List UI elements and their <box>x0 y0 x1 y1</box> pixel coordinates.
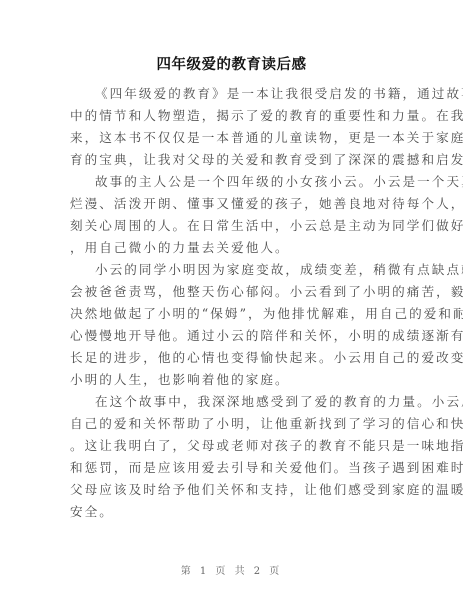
text-line: 自己的爱和关怀帮助了小明，让他重新找到了学习的信心和快乐 <box>70 413 386 435</box>
text-line: 和惩罚，而是应该用爱去引导和关爱他们。当孩子遇到困难时， <box>70 457 386 479</box>
text-line: 来，这本书不仅仅是一本普通的儿童读物，更是一本关于家庭教 <box>70 127 386 149</box>
text-line: 在这个故事中，我深深地感受到了爱的教育的力量。小云用 <box>70 391 386 413</box>
text-line: 《四年级爱的教育》是一本让我很受启发的书籍，通过故事 <box>70 83 386 105</box>
text-line: 长足的进步，他的心情也变得愉快起来。小云用自己的爱改变了 <box>70 347 386 369</box>
document-title: 四年级爱的教育读后感 <box>0 53 463 74</box>
text-line: 小明的人生，也影响着他的家庭。 <box>70 369 386 391</box>
text-line: 烂漫、活泼开朗、懂事又懂爱的孩子，她善良地对待每个人，时 <box>70 193 386 215</box>
text-line: 小云的同学小明因为家庭变故，成绩变差，稍微有点缺点就 <box>70 259 386 281</box>
text-line: 中的情节和人物塑造，揭示了爱的教育的重要性和力量。在我看 <box>70 105 386 127</box>
text-line: 决然地做起了小明的“保姆”，为他排忧解难，用自己的爱和耐 <box>70 303 386 325</box>
text-line: 心慢慢地开导他。通过小云的陪伴和关怀，小明的成绩逐渐有了 <box>70 325 386 347</box>
document-page: 四年级爱的教育读后感 《四年级爱的教育》是一本让我很受启发的书籍，通过故事中的情… <box>0 0 463 600</box>
text-line: 育的宝典，让我对父母的关爱和教育受到了深深的震撼和启发。 <box>70 149 386 171</box>
text-line: 刻关心周围的人。在日常生活中，小云总是主动为同学们做好事 <box>70 215 386 237</box>
document-body: 《四年级爱的教育》是一本让我很受启发的书籍，通过故事中的情节和人物塑造，揭示了爱… <box>70 83 386 523</box>
page-footer: 第 1 页 共 2 页 <box>0 562 463 577</box>
text-line: 安全。 <box>70 501 386 523</box>
text-line: 故事的主人公是一个四年级的小女孩小云。小云是一个天真 <box>70 171 386 193</box>
text-line: 父母应该及时给予他们关怀和支持，让他们感受到家庭的温暖和 <box>70 479 386 501</box>
text-line: 会被爸爸责骂，他整天伤心郁闷。小云看到了小明的痛苦，毅然 <box>70 281 386 303</box>
text-line: ，用自己微小的力量去关爱他人。 <box>70 237 386 259</box>
text-line: 。这让我明白了，父母或老师对孩子的教育不能只是一味地指责 <box>70 435 386 457</box>
